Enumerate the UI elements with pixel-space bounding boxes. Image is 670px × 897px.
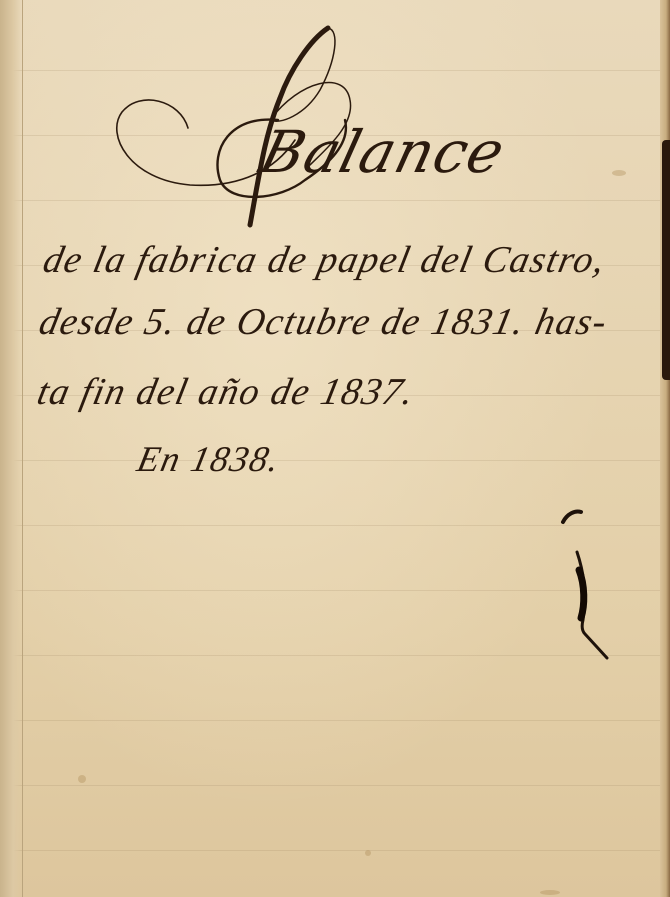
paper-stain bbox=[612, 170, 626, 176]
document-title: Balance bbox=[254, 118, 512, 186]
manuscript-page: Balance de la fabrica de papel del Castr… bbox=[0, 0, 670, 897]
paper-stain bbox=[540, 890, 560, 895]
paper-stain bbox=[365, 850, 371, 856]
page-edge-right bbox=[660, 0, 670, 897]
page-fold-left bbox=[0, 0, 23, 897]
text-line-3: ta fin del año de 1837. bbox=[33, 370, 419, 414]
paper-stain bbox=[78, 775, 86, 783]
text-line-2: desde 5. de Octubre de 1831. has- bbox=[35, 300, 612, 344]
text-line-1: de la fabrica de papel del Castro, bbox=[39, 238, 610, 282]
margin-ink-mark-icon bbox=[555, 500, 625, 665]
text-line-4: En 1838. bbox=[134, 438, 285, 480]
page-edge-shadow bbox=[662, 140, 670, 380]
